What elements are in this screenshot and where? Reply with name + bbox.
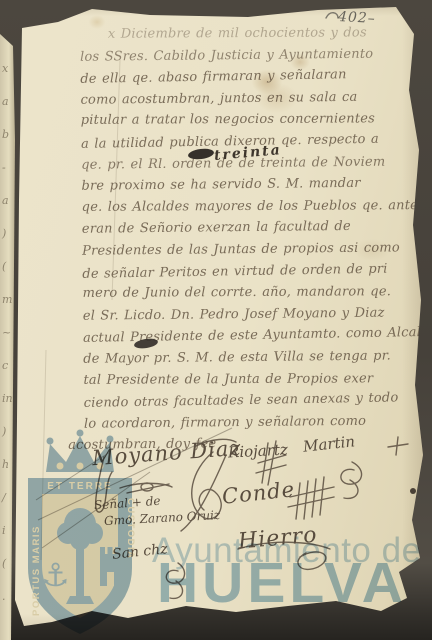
- folio-flourish-mark: [326, 13, 338, 18]
- signature-senal-de-line1: Señal + de: [94, 494, 161, 513]
- manuscript-line: bre proximo se ha servido S. M. mandar: [81, 172, 413, 197]
- strike-mark: [120, 483, 172, 493]
- manuscript-line: de Mayor pr. S. M. de esta Villa se teng…: [83, 345, 415, 370]
- martin-rubric: [341, 462, 362, 498]
- manuscript-line: qe. los Alcaldes mayores de los Pueblos …: [82, 195, 414, 218]
- signature-conde: Conde: [221, 477, 296, 509]
- adjacent-page-edge: x a b - a ) ( m ~ c in ) h / i ( .: [0, 0, 16, 640]
- manuscript-line: mero de Junio del corrte. año, mandaron …: [83, 281, 415, 304]
- manuscript-line: x Diciembre de mil ochocientos y dos: [80, 22, 412, 45]
- manuscript-line: como acostumbran, juntos en su sala ca: [80, 86, 412, 111]
- sanchez-rubric: [166, 563, 184, 598]
- manuscript-text-block: x Diciembre de mil ochocientos y dos los…: [80, 21, 417, 456]
- signature-hierro: Hierro: [237, 523, 318, 555]
- signature-sanchez: San chz: [111, 541, 168, 563]
- manuscript-line: lo acordaron, firmaron y señalaron como: [84, 410, 416, 435]
- strike-knot: [141, 483, 153, 491]
- adjacent-page-text-fragments: x a b - a ) ( m ~ c in ) h / i ( .: [2, 52, 13, 613]
- ink-speck: [410, 488, 416, 494]
- manuscript-page: 402– x Diciembre de mil ochocientos y do…: [0, 0, 432, 640]
- signature-senal-de-line2: Gmo. Zarano Oruiz: [104, 508, 221, 528]
- signature-riojartz: Riojartz: [228, 440, 289, 461]
- ink-speck: [421, 300, 426, 305]
- document-photo: x a b - a ) ( m ~ c in ) h / i ( . 402– …: [0, 0, 432, 640]
